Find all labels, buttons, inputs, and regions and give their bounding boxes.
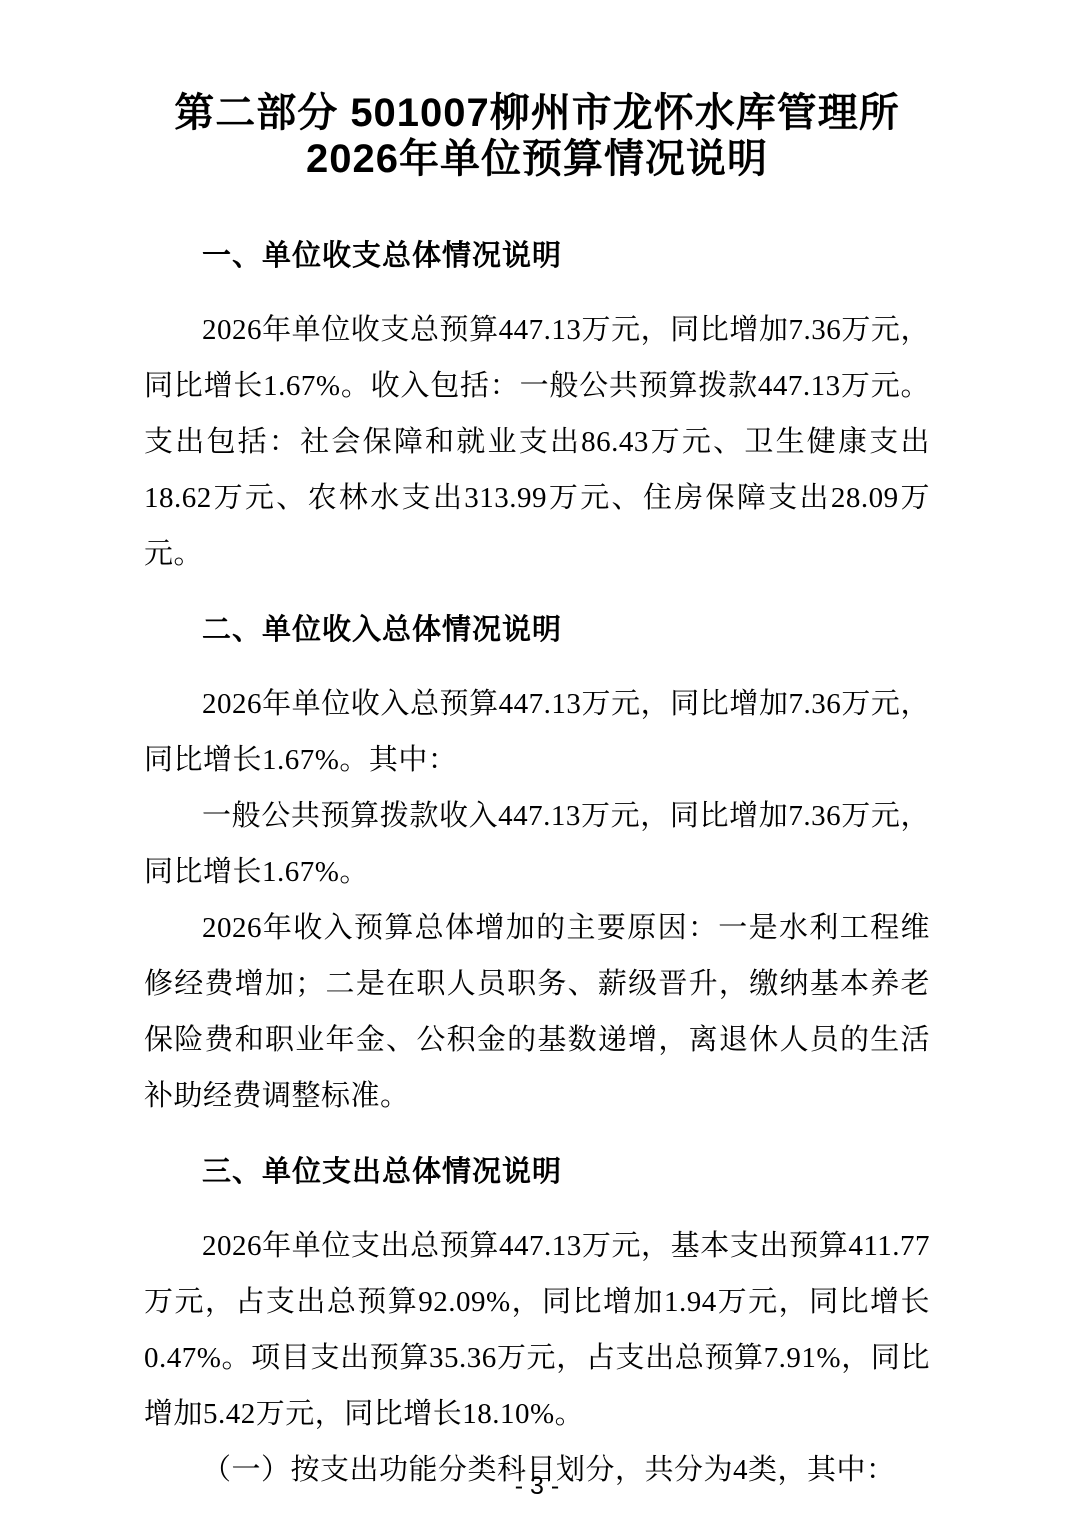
paragraph: 2026年单位收支总预算447.13万元，同比增加7.36万元，同比增长1.67… bbox=[144, 302, 930, 582]
section-heading-3: 三、单位支出总体情况说明 bbox=[144, 1150, 930, 1194]
document-title: 第二部分 501007柳州市龙怀水库管理所 2026年单位预算情况说明 bbox=[144, 90, 930, 182]
document-page: 第二部分 501007柳州市龙怀水库管理所 2026年单位预算情况说明 一、单位… bbox=[0, 0, 1074, 1520]
paragraph: 2026年单位支出总预算447.13万元，基本支出预算411.77万元，占支出总… bbox=[144, 1218, 930, 1442]
section-income-overview: 二、单位收入总体情况说明 2026年单位收入总预算447.13万元，同比增加7.… bbox=[144, 608, 930, 1124]
paragraph: 一般公共预算拨款收入447.13万元，同比增加7.36万元，同比增长1.67%。 bbox=[144, 788, 930, 900]
page-number: - 3 - bbox=[0, 1472, 1074, 1501]
paragraph: 2026年单位收入总预算447.13万元，同比增加7.36万元，同比增长1.67… bbox=[144, 676, 930, 788]
section-expenditure-overview: 三、单位支出总体情况说明 2026年单位支出总预算447.13万元，基本支出预算… bbox=[144, 1150, 930, 1498]
section-heading-2: 二、单位收入总体情况说明 bbox=[144, 608, 930, 652]
paragraph: 2026年收入预算总体增加的主要原因：一是水利工程维修经费增加；二是在职人员职务… bbox=[144, 900, 930, 1124]
section-heading-1: 一、单位收支总体情况说明 bbox=[144, 234, 930, 278]
document-title-line-2: 2026年单位预算情况说明 bbox=[144, 136, 930, 182]
section-revenue-expenditure-overview: 一、单位收支总体情况说明 2026年单位收支总预算447.13万元，同比增加7.… bbox=[144, 234, 930, 582]
document-title-line-1: 第二部分 501007柳州市龙怀水库管理所 bbox=[144, 90, 930, 136]
